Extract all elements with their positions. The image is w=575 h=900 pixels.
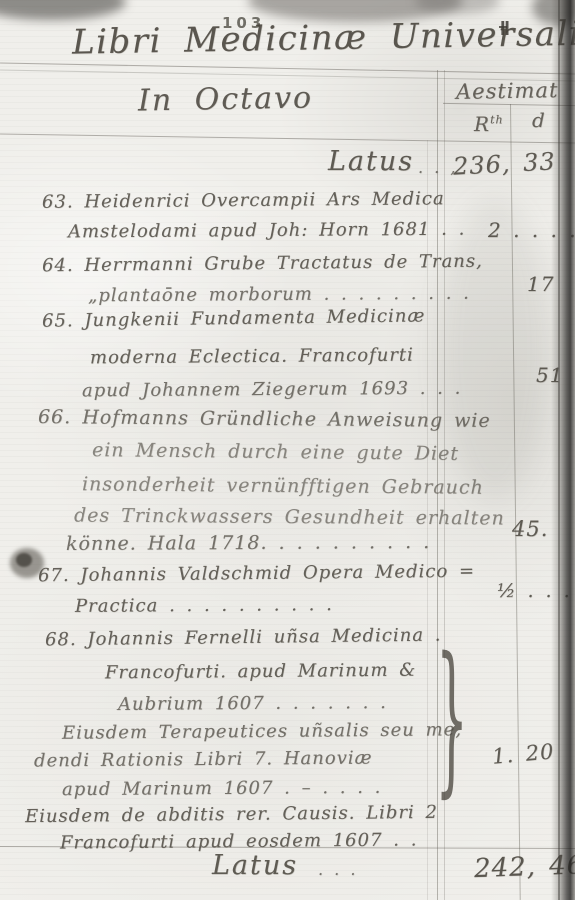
entry-68-line-3: Aubrium 1607 . . . . . . .: [118, 692, 387, 715]
entry-68-line-2: Francofurti. apud Marinum &: [105, 660, 416, 684]
entry-65-line-1: 65. Jungkenii Fundamenta Medicinæ: [42, 305, 426, 331]
ink-smudge: [0, 0, 126, 20]
horizontal-rule-under-title: [0, 62, 575, 74]
entry-68-price: 1. 20: [491, 739, 555, 768]
entry-66-line-1: 66. Hofmanns Gründliche Anweisung wie: [38, 406, 491, 432]
latus-top-label: Latus: [328, 146, 414, 177]
latus-bottom-dots: . . .: [318, 860, 356, 879]
ink-blot: [16, 553, 32, 567]
entry-66-line-3: insonderheit vernünfftigen Gebrauch: [82, 473, 484, 499]
entry-66-price: 45.: [512, 517, 548, 541]
entry-66-line-2: ein Mensch durch eine gute Diet: [92, 439, 459, 465]
entry-68-line-6: apud Marinum 1607 . – . . . .: [62, 777, 381, 800]
entry-68-brace: }: [435, 638, 468, 803]
entry-63-line-2: Amstelodami apud Joh: Horn 1681 . .: [68, 219, 465, 243]
entry-68-line-4: Eiusdem Terapeutices uñsalis seu me,: [62, 719, 462, 743]
column-header-aestimat: Aestimat: [456, 78, 559, 104]
entry-64-line-1: 64. Herrmanni Grube Tractatus de Trans,: [42, 251, 483, 277]
entry-66-line-4: des Trinckwassers Gesundheit erhalten: [74, 504, 505, 529]
entry-67-line-1: 67. Johannis Valdschmid Opera Medico =: [38, 561, 475, 587]
latus-top-dots: . . ,: [418, 158, 456, 177]
entry-68-line-1: 68. Johannis Fernelli uñsa Medicina .: [45, 625, 442, 651]
manuscript-page: 103 ǁ Libri Medicinæ Universalis In Octa…: [0, 0, 575, 900]
section-heading: In Octavo: [138, 80, 314, 118]
page-edge-shadow: [551, 0, 575, 900]
entry-65-line-2: moderna Eclectica. Francofurti: [90, 345, 414, 369]
entry-68-line-7: Eiusdem de abditis rer. Causis. Libri 2: [25, 802, 438, 827]
page-title: Libri Medicinæ Universalis: [72, 13, 575, 62]
latus-top-value: 236, 33: [452, 147, 556, 180]
entry-68-line-5: dendi Rationis Libri 7. Hanoviæ: [34, 748, 373, 772]
latus-bottom-label: Latus: [212, 850, 298, 881]
entry-63-line-1: 63. Heidenrici Overcampii Ars Medica: [42, 188, 445, 213]
entry-65-line-3: apud Johannem Ziegerum 1693 . . .: [82, 378, 461, 402]
entry-64-line-2: „plantaōne morborum . . . . . . . . .: [88, 283, 470, 307]
entry-66-line-5: könne. Hala 1718. . . . . . . . . .: [66, 531, 430, 555]
column-header-reichsthaler-sup: th: [490, 113, 504, 126]
entry-67-line-2: Practica . . . . . . . . . .: [75, 594, 333, 617]
column-header-denar: d: [532, 108, 546, 132]
column-header-reichsthaler: Rth: [474, 112, 504, 136]
